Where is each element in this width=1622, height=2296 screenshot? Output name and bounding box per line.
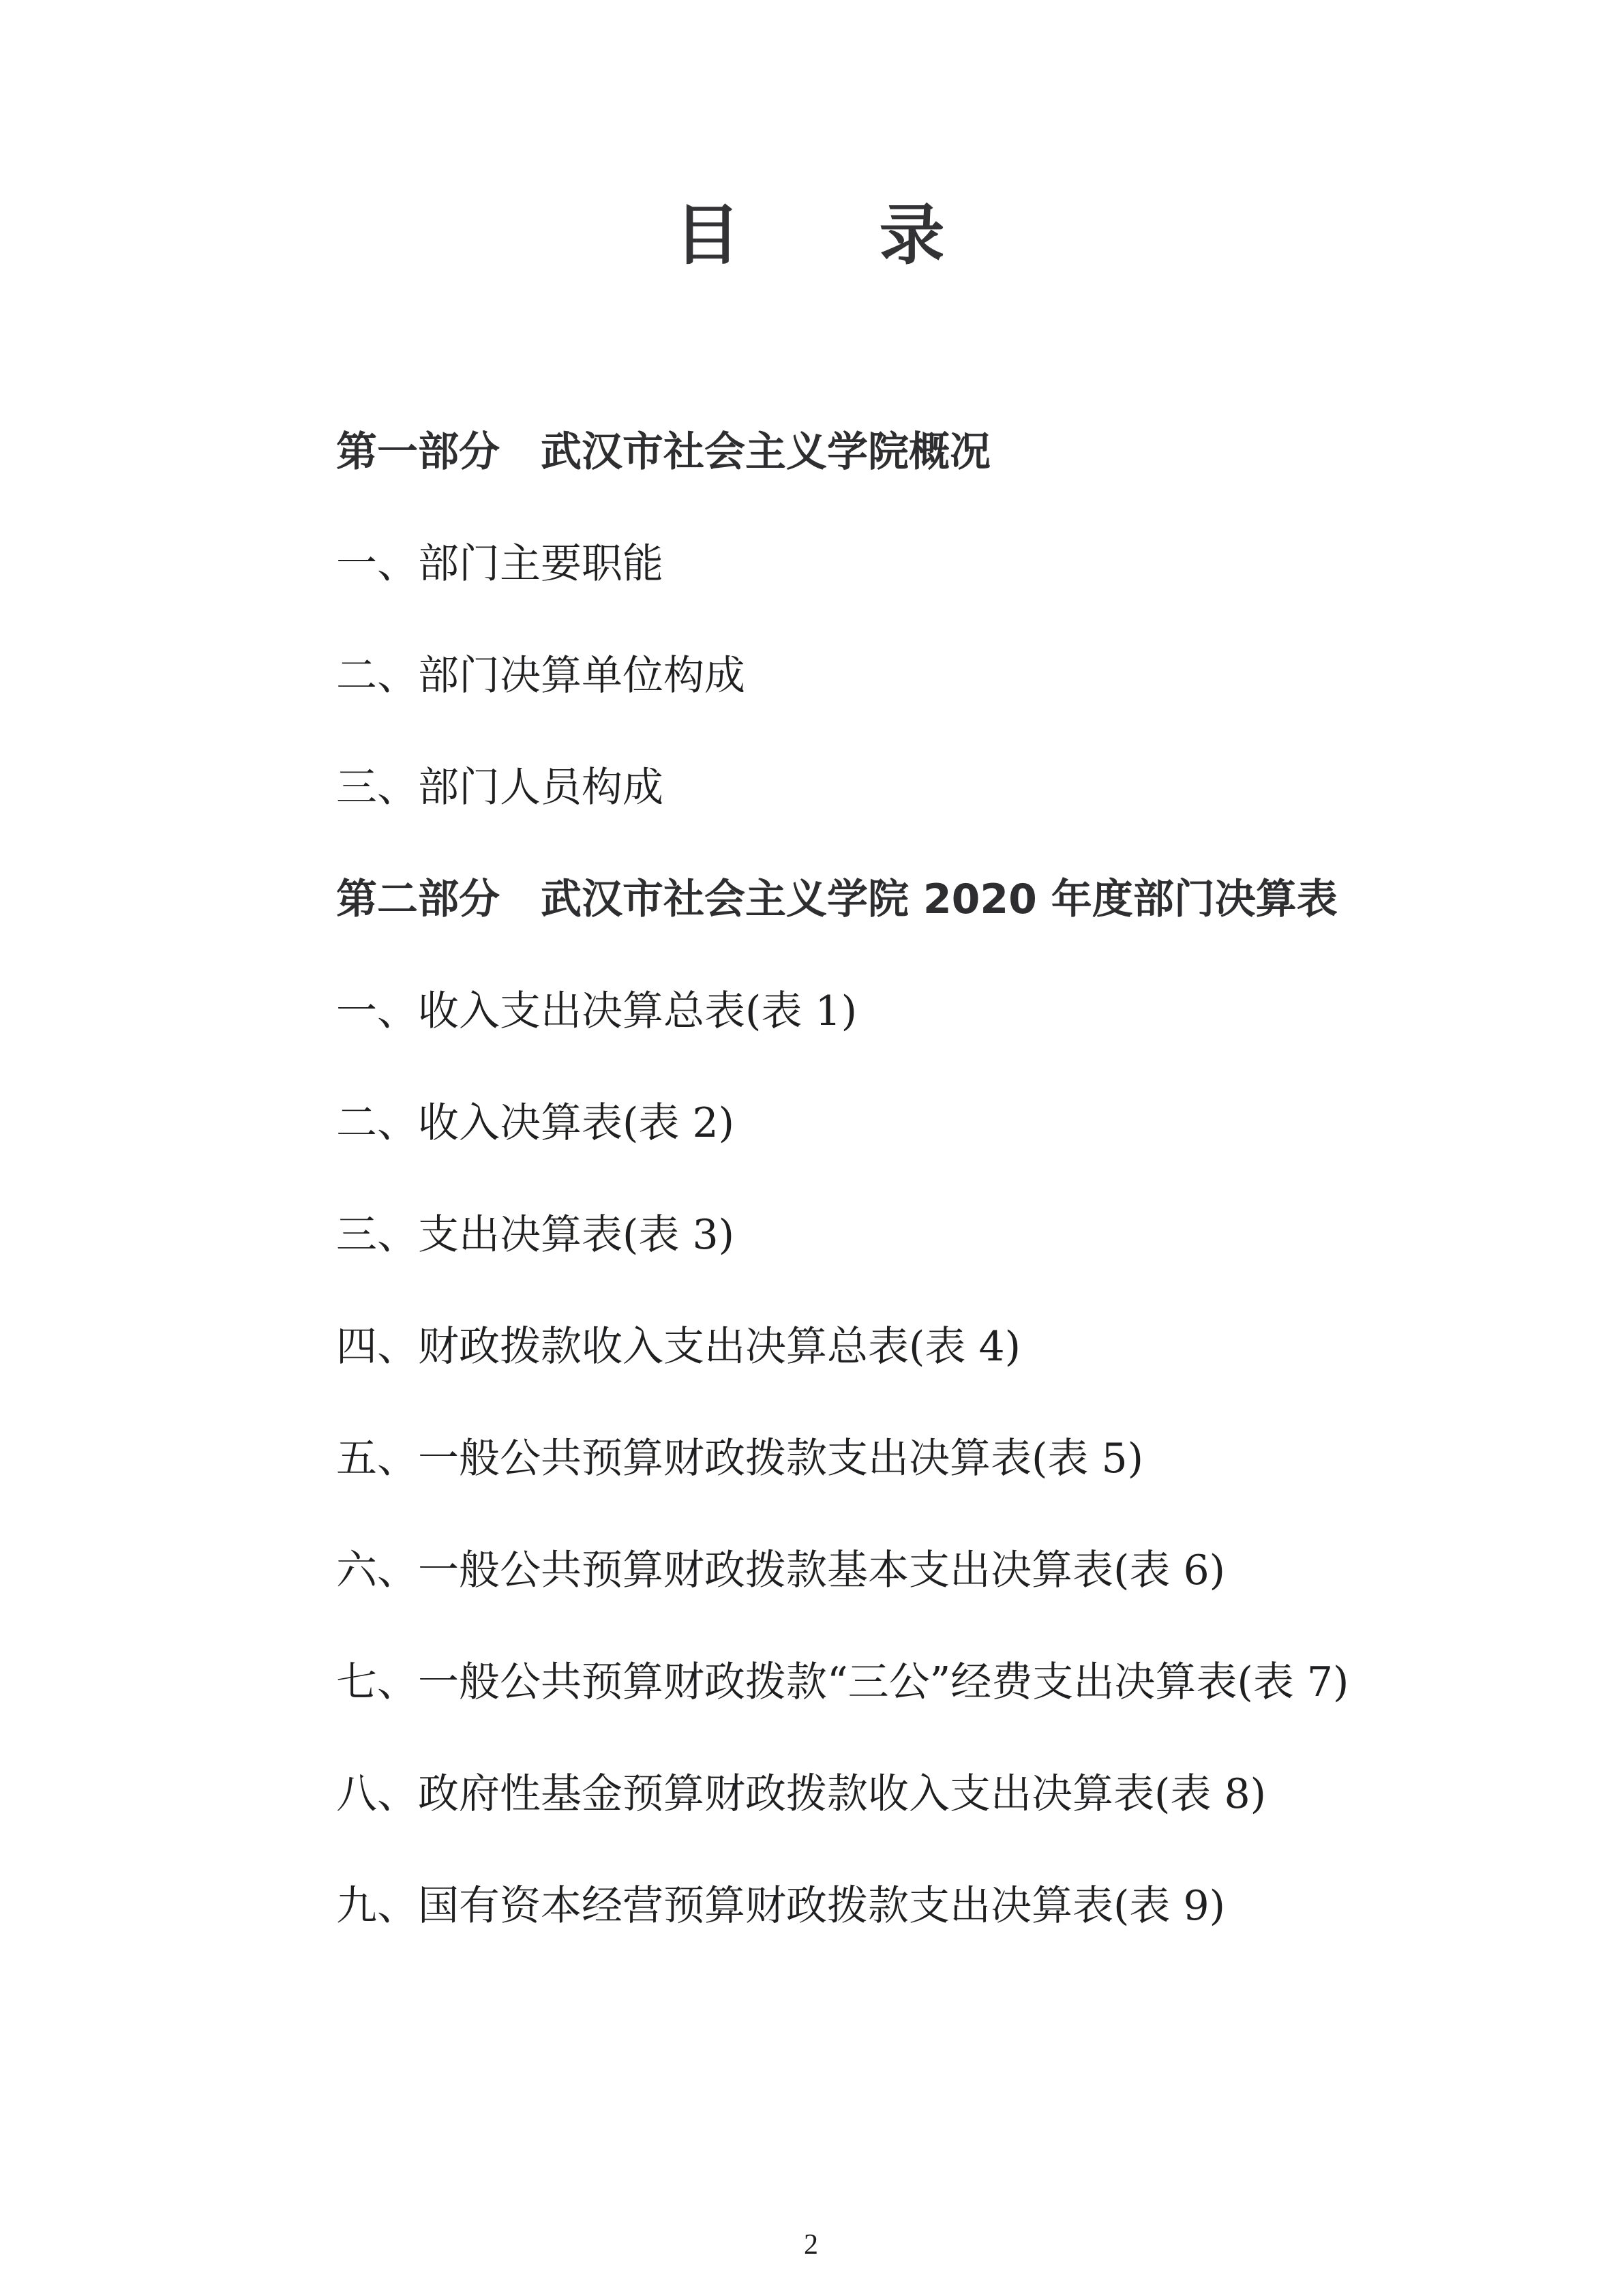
toc-item: 九、国有资本经营预算财政拨款支出决算表(表 9) bbox=[336, 1847, 1540, 1958]
table-of-contents: 第一部分 武汉市社会主义学院概况 一、部门主要职能 二、部门决算单位构成 三、部… bbox=[336, 393, 1540, 1958]
toc-item: 二、收入决算表(表 2) bbox=[336, 1064, 1540, 1176]
toc-item: 七、一般公共预算财政拨款“三公”经费支出决算表(表 7) bbox=[336, 1623, 1540, 1735]
toc-item: 六、一般公共预算财政拨款基本支出决算表(表 6) bbox=[336, 1511, 1540, 1623]
toc-item: 八、政府性基金预算财政拨款收入支出决算表(表 8) bbox=[336, 1735, 1540, 1847]
toc-item: 一、收入支出决算总表(表 1) bbox=[336, 952, 1540, 1064]
document-page: 目 录 第一部分 武汉市社会主义学院概况 一、部门主要职能 二、部门决算单位构成… bbox=[0, 0, 1622, 2296]
page-number: 2 bbox=[0, 2228, 1622, 2261]
toc-item: 四、财政拨款收入支出决算总表(表 4) bbox=[336, 1287, 1540, 1399]
page-title: 目 录 bbox=[0, 201, 1622, 269]
toc-section-heading: 第二部分 武汉市社会主义学院 2020 年度部门决算表 bbox=[336, 840, 1540, 952]
toc-item: 三、部门人员构成 bbox=[336, 728, 1540, 840]
toc-item: 一、部门主要职能 bbox=[336, 505, 1540, 616]
toc-item: 三、支出决算表(表 3) bbox=[336, 1176, 1540, 1287]
toc-section-heading: 第一部分 武汉市社会主义学院概况 bbox=[336, 393, 1540, 505]
toc-item: 五、一般公共预算财政拨款支出决算表(表 5) bbox=[336, 1399, 1540, 1511]
toc-item: 二、部门决算单位构成 bbox=[336, 616, 1540, 728]
